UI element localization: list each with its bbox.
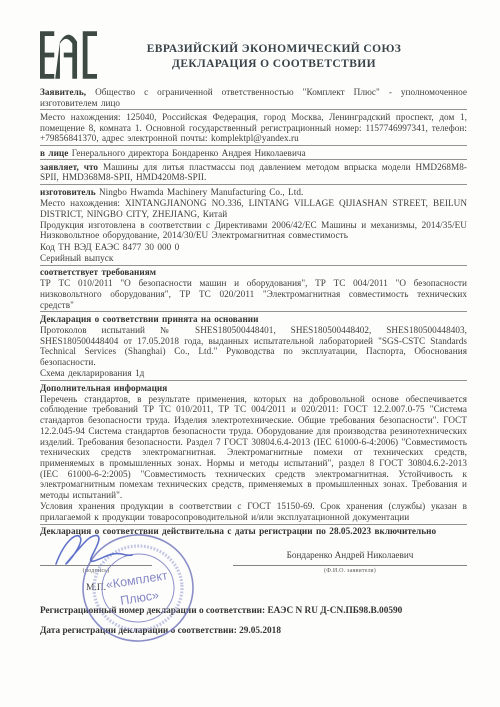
applicant-address: Место нахождения: 125040, Российская Фед… bbox=[40, 112, 467, 146]
title-union: ЕВРАЗИЙСКИЙ ЭКОНОМИЧЕСКИЙ СОЮЗ bbox=[85, 42, 463, 57]
declaration-scheme: Схема декларирования 1д bbox=[40, 368, 467, 381]
declaration-of-conformity-document: ЕВРАЗИЙСКИЙ ЭКОНОМИЧЕСКИЙ СОЮЗ ДЕКЛАРАЦИ… bbox=[0, 0, 500, 707]
conforms-heading: соответствует требованиям bbox=[40, 267, 467, 278]
basis-heading: Декларация о соответствии принята на осн… bbox=[40, 314, 467, 325]
declares-paragraph: заявляет, что Машины для литья пластмасс… bbox=[40, 162, 467, 185]
title-declaration: ДЕКЛАРАЦИЯ О СООТВЕТСТВИИ bbox=[85, 57, 463, 72]
additional-info-heading: Дополнительная информация bbox=[40, 383, 467, 394]
name-line bbox=[233, 565, 467, 566]
declaration-body: Заявитель, Общество с ограниченной ответ… bbox=[40, 87, 467, 537]
applicant-paragraph: Заявитель, Общество с ограниченной ответ… bbox=[40, 87, 467, 110]
serial-issue: Серийный выпуск bbox=[40, 253, 467, 266]
manufacturer-address: Место нахождения: XINTANGJIANONG NO.336,… bbox=[40, 198, 467, 219]
technical-regulations: ТР ТС 010/2011 "О безопасности машин и о… bbox=[40, 278, 467, 312]
stamp-center-line2: Плюс» bbox=[119, 588, 160, 608]
name-caption: (Ф.И.О. заявителя) bbox=[233, 568, 467, 574]
manufacturer-line: изготовитель Ningbo Hwamda Machinery Man… bbox=[40, 187, 467, 198]
handwritten-signature bbox=[52, 528, 134, 574]
tn-ved-code: Код ТН ВЭД ЕАЭС 8477 30 000 0 bbox=[40, 242, 467, 253]
principal-line: в лице Генерального директора Бондаренко… bbox=[40, 148, 467, 161]
storage-conditions: Условия хранения продукции в соответстви… bbox=[40, 501, 467, 524]
standards-list: Перечень стандартов, в результате примен… bbox=[40, 394, 467, 501]
applicant-name: Бондаренко Андрей Николаевич bbox=[233, 550, 467, 560]
test-protocols: Протоколов испытаний № SHES180500448401,… bbox=[40, 325, 467, 368]
production-directives: Продукция изготовлена в соответствии с Д… bbox=[40, 220, 467, 241]
document-title: ЕВРАЗИЙСКИЙ ЭКОНОМИЧЕСКИЙ СОЮЗ ДЕКЛАРАЦИ… bbox=[85, 42, 463, 72]
